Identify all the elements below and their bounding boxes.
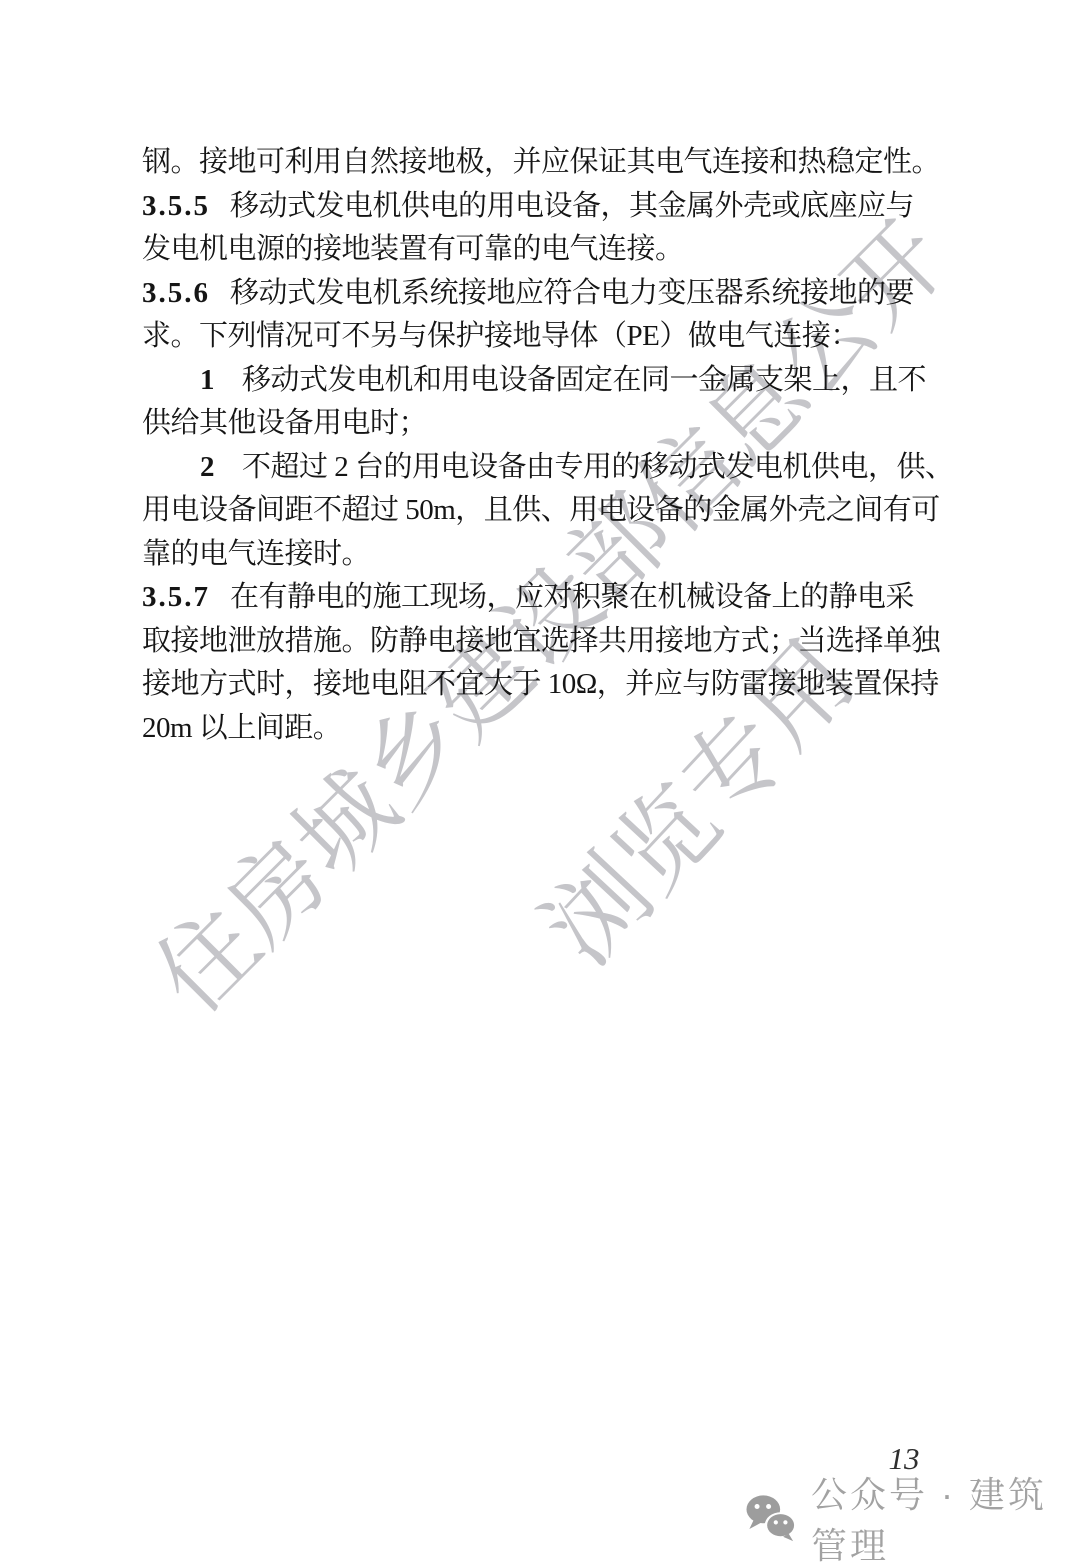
text-line: 2不超过 2 台的用电设备由专用的移动式发电机供电，供、 <box>142 446 972 490</box>
line-text: 在有静电的施工现场，应对积聚在机械设备上的静电采 <box>230 581 914 613</box>
line-text: 20m 以上间距。 <box>142 712 341 744</box>
item-number: 2 <box>200 451 214 483</box>
text-line: 用电设备间距不超过 50m，且供、用电设备的金属外壳之间有可 <box>142 489 972 533</box>
text-line: 3.5.5移动式发电机供电的用电设备，其金属外壳或底座应与 <box>142 185 972 229</box>
line-text: 靠的电气连接时。 <box>142 538 370 570</box>
clause-number: 3.5.7 <box>142 581 210 613</box>
text-line: 3.5.6移动式发电机系统接地应符合电力变压器系统接地的要 <box>142 272 972 316</box>
text-line: 3.5.7在有静电的施工现场，应对积聚在机械设备上的静电采 <box>142 576 972 620</box>
item-number: 1 <box>200 364 214 396</box>
line-text: 发电机电源的接地装置有可靠的电气连接。 <box>142 233 684 265</box>
document-page: 住房城乡建设部信息公开 浏览专用 钢。接地可利用自然接地极，并应保证其电气连接和… <box>0 0 1080 1564</box>
clause-number: 3.5.5 <box>142 190 210 222</box>
text-line: 钢。接地可利用自然接地极，并应保证其电气连接和热稳定性。 <box>142 141 972 185</box>
text-line: 1移动式发电机和用电设备固定在同一金属支架上，且不 <box>142 359 972 403</box>
text-line: 靠的电气连接时。 <box>142 533 972 577</box>
line-text: 移动式发电机系统接地应符合电力变压器系统接地的要 <box>230 277 914 309</box>
footer-account-label: 公众号 · 建筑管理 <box>811 1467 1080 1564</box>
text-line: 取接地泄放措施。防静电接地宜选择共用接地方式；当选择单独 <box>142 620 972 664</box>
line-text: 求。下列情况可不另与保护接地导体（PE）做电气连接： <box>142 320 859 352</box>
line-text: 接地方式时，接地电阻不宜大于 10Ω，并应与防雷接地装置保持 <box>142 668 939 700</box>
line-text: 移动式发电机和用电设备固定在同一金属支架上，且不 <box>242 364 926 396</box>
text-line: 发电机电源的接地装置有可靠的电气连接。 <box>142 228 972 272</box>
line-text: 取接地泄放措施。防静电接地宜选择共用接地方式；当选择单独 <box>142 625 940 657</box>
line-text: 供给其他设备用电时； <box>142 407 427 439</box>
text-line: 接地方式时，接地电阻不宜大于 10Ω，并应与防雷接地装置保持 <box>142 663 972 707</box>
document-body: 钢。接地可利用自然接地极，并应保证其电气连接和热稳定性。3.5.5移动式发电机供… <box>142 141 972 750</box>
text-line: 20m 以上间距。 <box>142 707 972 751</box>
wechat-icon <box>744 1493 798 1543</box>
text-line: 求。下列情况可不另与保护接地导体（PE）做电气连接： <box>142 315 972 359</box>
line-text: 移动式发电机供电的用电设备，其金属外壳或底座应与 <box>230 190 914 222</box>
footer-banner: 公众号 · 建筑管理 <box>744 1492 1080 1544</box>
text-line: 供给其他设备用电时； <box>142 402 972 446</box>
line-text: 不超过 2 台的用电设备由专用的移动式发电机供电，供、 <box>242 451 954 483</box>
clause-number: 3.5.6 <box>142 277 210 309</box>
line-text: 用电设备间距不超过 50m，且供、用电设备的金属外壳之间有可 <box>142 494 940 526</box>
line-text: 钢。接地可利用自然接地极，并应保证其电气连接和热稳定性。 <box>142 146 940 178</box>
